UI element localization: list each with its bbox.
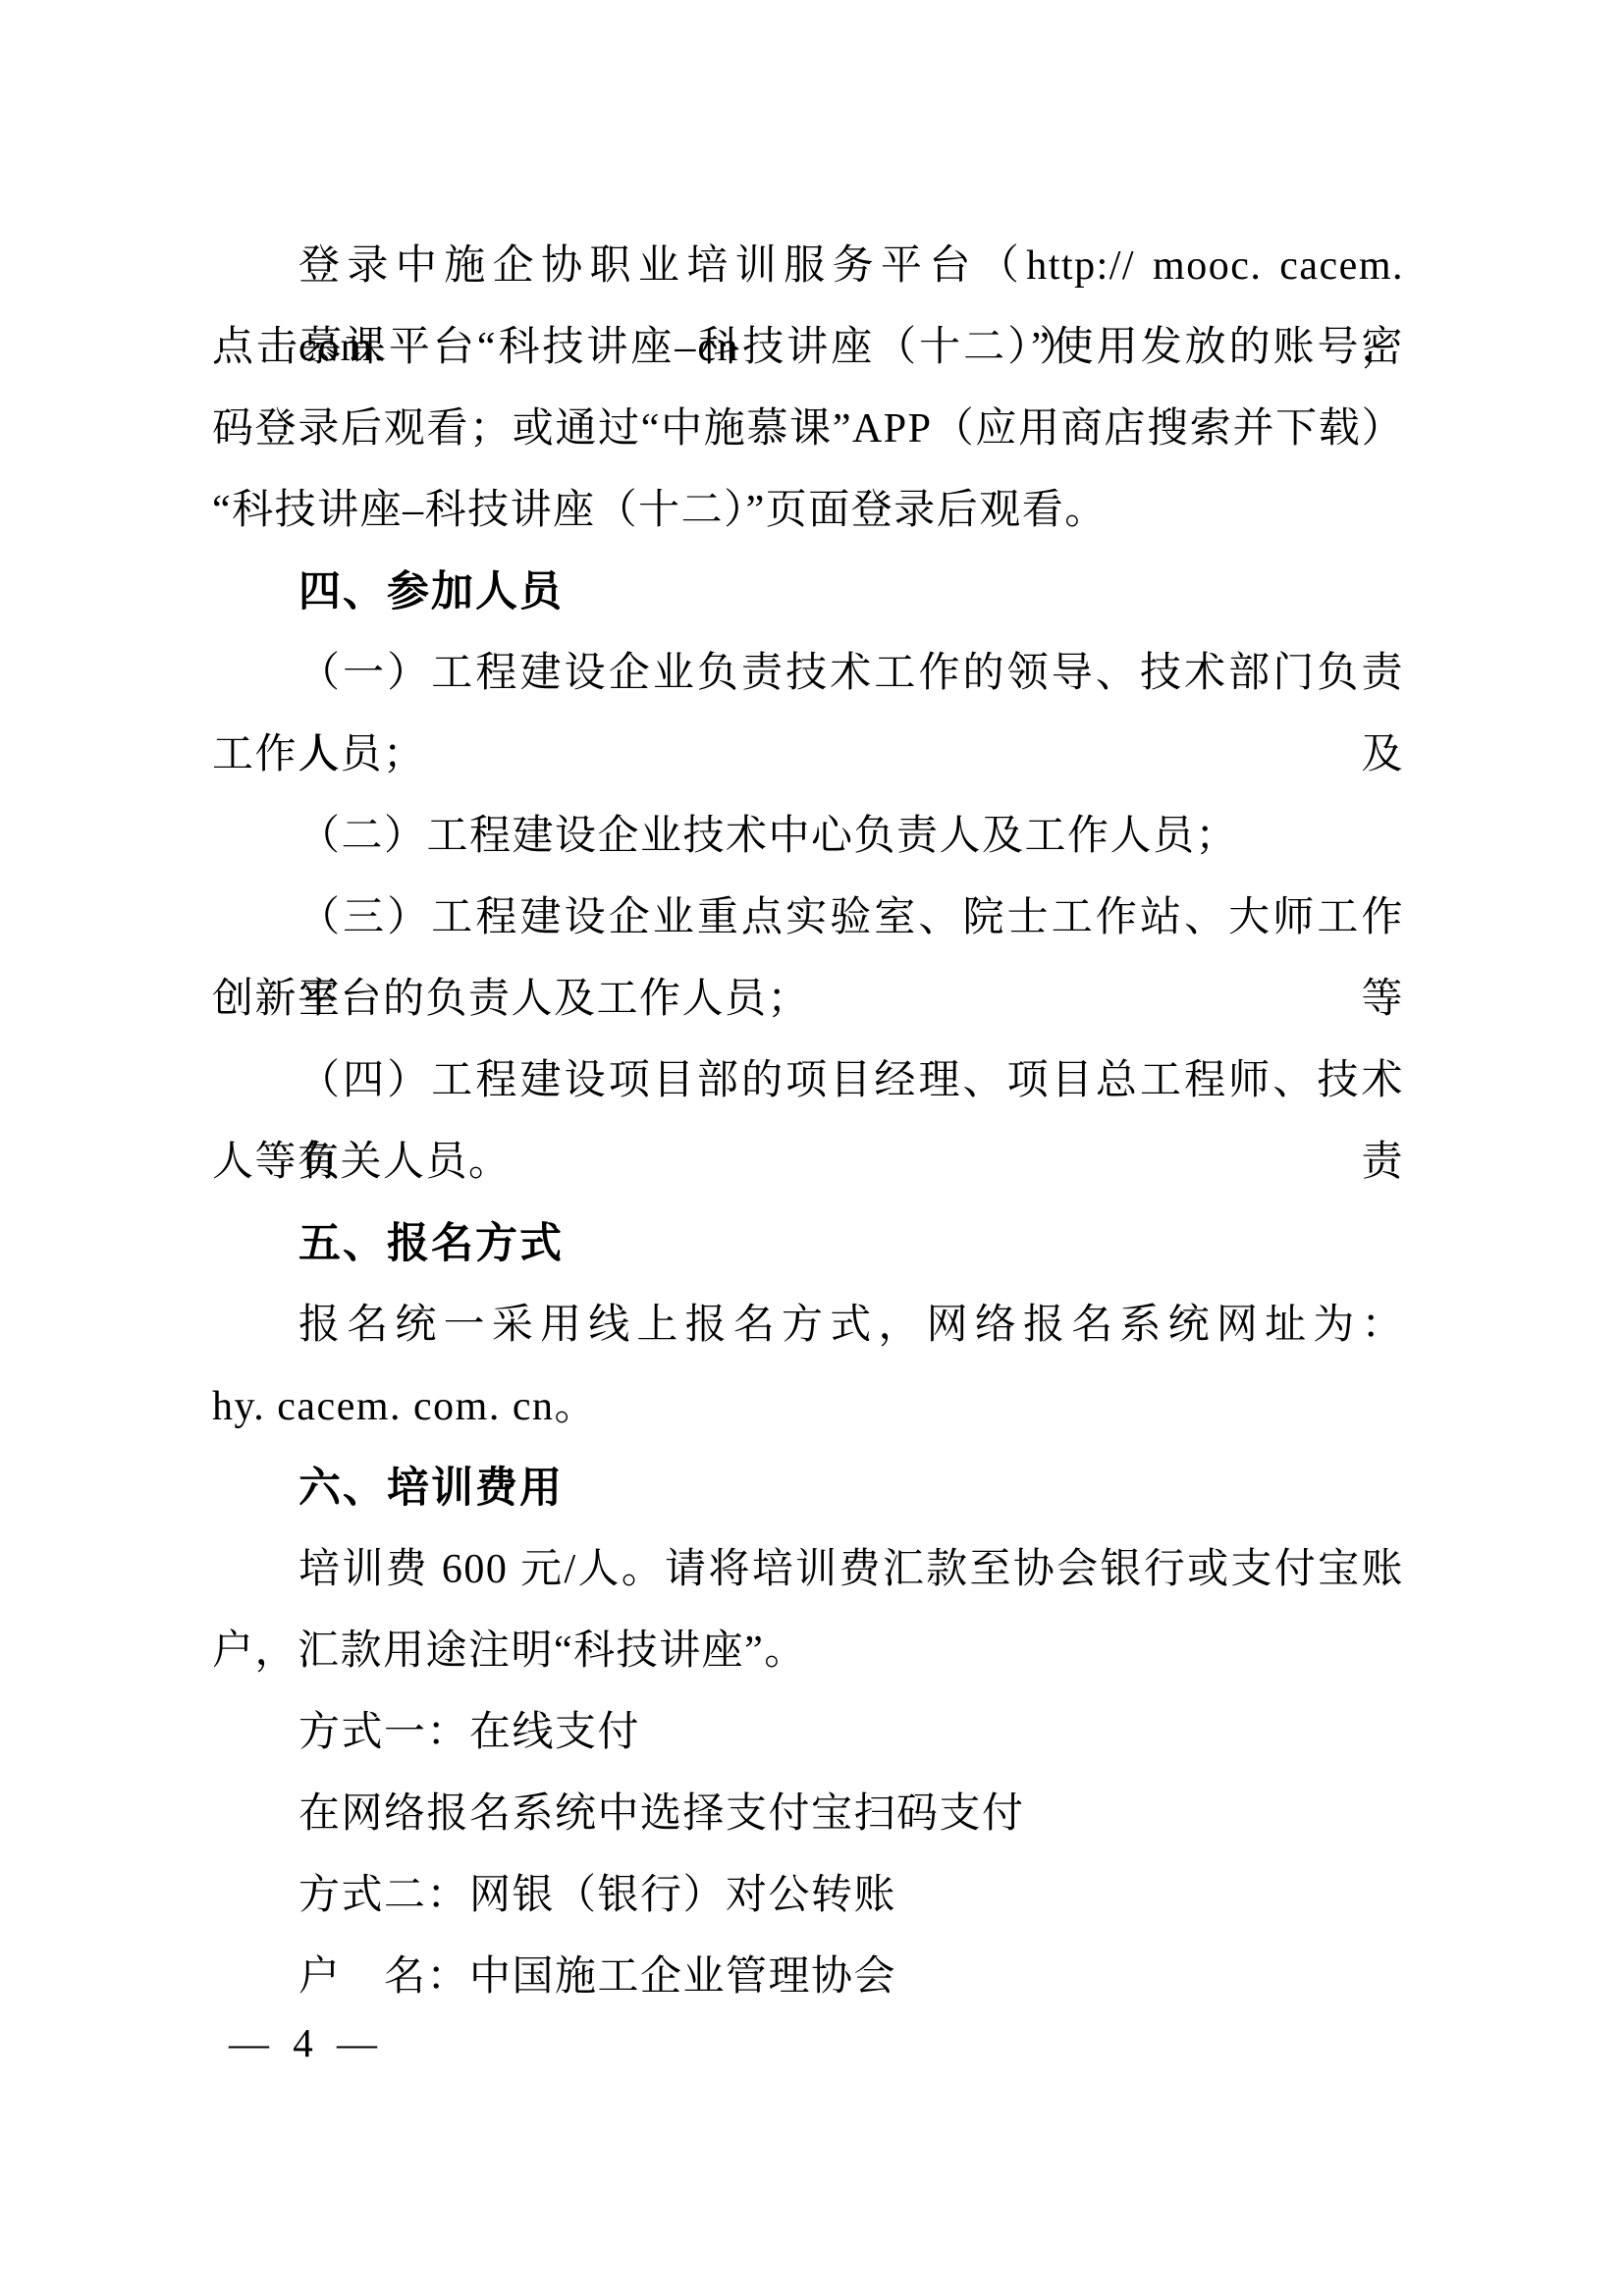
text-line: hy. cacem. com. cn。 [212,1366,1404,1448]
document-page: 登录中施企协职业培训服务平台（http:// mooc. cacem. com.… [0,0,1623,2296]
section-heading-fees: 六、培训费用 [212,1448,1404,1529]
text-line: 登录中施企协职业培训服务平台（http:// mooc. cacem. com.… [212,226,1404,307]
text-line: 方式二：网银（银行）对公转账 [212,1855,1404,1937]
text-line: （二）工程建设企业技术中心负责人及工作人员； [212,796,1404,878]
text-line: 培训费 600 元/人。请将培训费汇款至协会银行或支付宝账 [212,1529,1404,1611]
text-line: 点击慕课平台“科技讲座–科技讲座（十二）”使用发放的账号密 [212,307,1404,389]
document-content: 登录中施企协职业培训服务平台（http:// mooc. cacem. com.… [212,226,1404,2018]
text-line: 户 名：中国施工企业管理协会 [212,1937,1404,2018]
text-line: “科技讲座–科技讲座（十二）”页面登录后观看。 [212,470,1404,552]
text-line: 在网络报名系统中选择支付宝扫码支付 [212,1774,1404,1855]
text-line: （四）工程建设项目部的项目经理、项目总工程师、技术负责 [212,1041,1404,1122]
section-heading-registration: 五、报名方式 [212,1203,1404,1285]
text-line: 码登录后观看；或通过“中施慕课”APP（应用商店搜索并下载） [212,389,1404,470]
page-number: — 4 — [229,2018,379,2067]
text-line: 户，汇款用途注明“科技讲座”。 [212,1611,1404,1692]
text-line: （三）工程建设企业重点实验室、院士工作站、大师工作室等 [212,878,1404,959]
section-heading-participants: 四、参加人员 [212,552,1404,633]
text-line: （一）工程建设企业负责技术工作的领导、技术部门负责人及 [212,633,1404,715]
text-line: 方式一：在线支付 [212,1692,1404,1774]
text-line: 报名统一采用线上报名方式，网络报名系统网址为： [212,1285,1404,1366]
